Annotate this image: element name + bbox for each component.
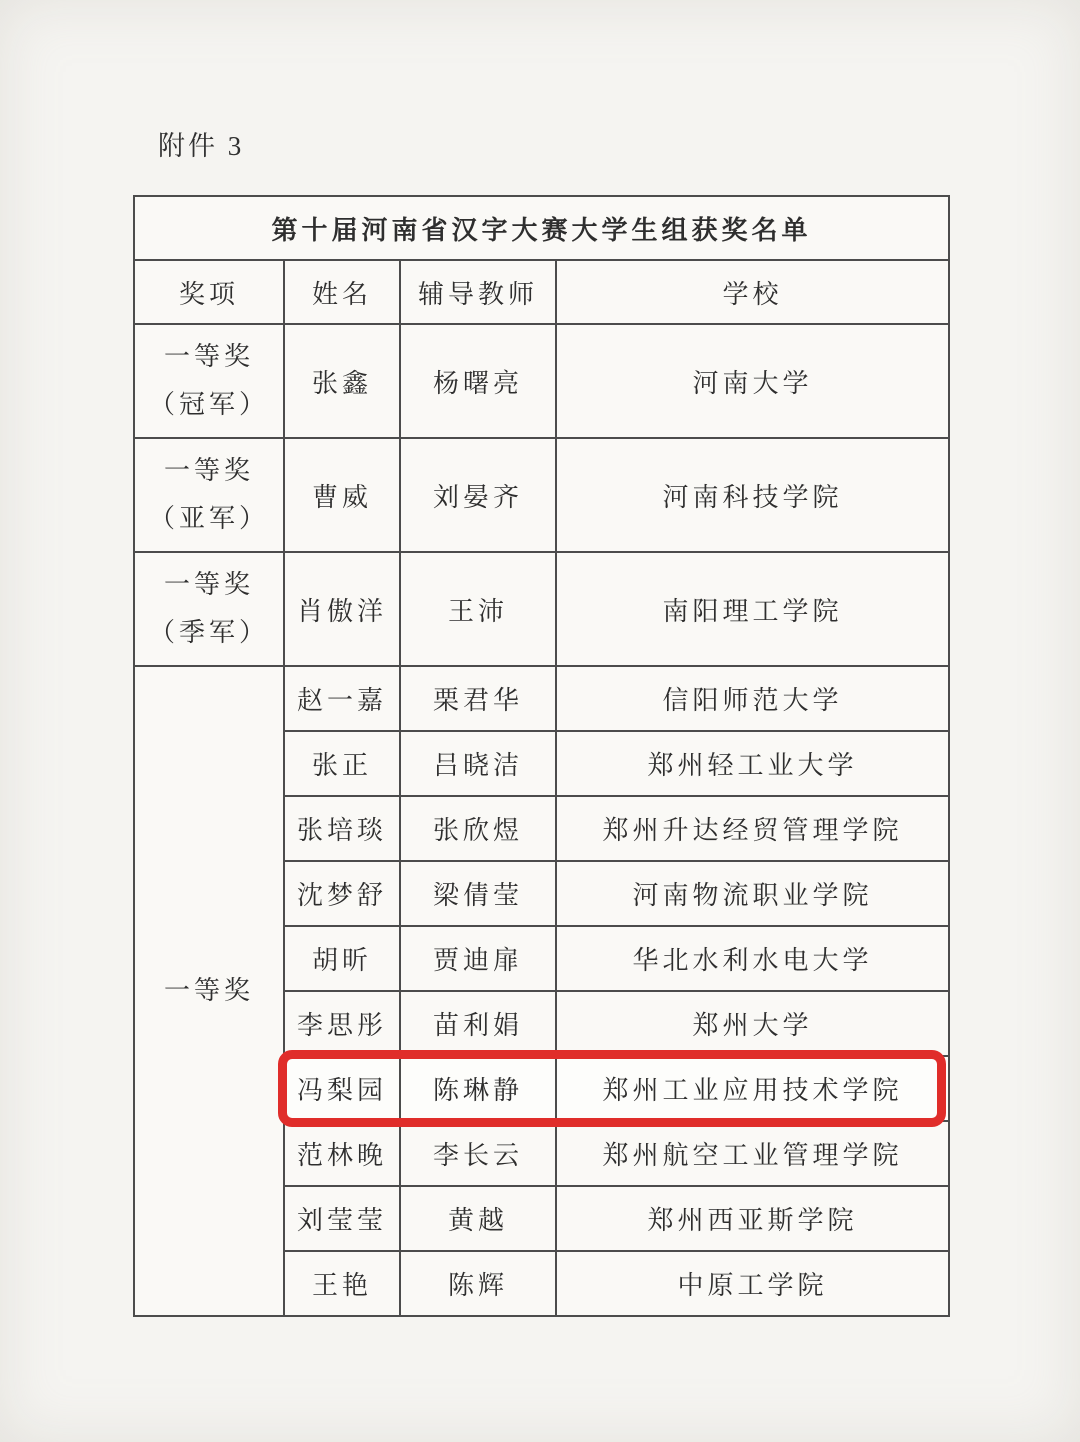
teacher-cell: 黄越 xyxy=(400,1186,556,1251)
table-row: 一等奖 赵一嘉 栗君华 信阳师范大学 xyxy=(134,666,949,731)
name-cell: 曹威 xyxy=(284,438,400,552)
teacher-cell: 张欣煜 xyxy=(400,796,556,861)
name-cell: 李思彤 xyxy=(284,991,400,1056)
name-cell: 张鑫 xyxy=(284,324,400,438)
table-title: 第十届河南省汉字大赛大学生组获奖名单 xyxy=(134,196,949,260)
name-cell: 王艳 xyxy=(284,1251,400,1316)
school-cell: 信阳师范大学 xyxy=(556,666,949,731)
award-cell: 一等奖（季军） xyxy=(134,552,284,666)
school-cell: 河南科技学院 xyxy=(556,438,949,552)
school-cell: 郑州西亚斯学院 xyxy=(556,1186,949,1251)
teacher-cell: 贾迪扉 xyxy=(400,926,556,991)
document-page: 附件 3 第十届河南省汉字大赛大学生组获奖名单 奖项 姓名 辅导教师 学校 一等… xyxy=(0,0,1080,1442)
teacher-cell: 王沛 xyxy=(400,552,556,666)
name-cell: 张正 xyxy=(284,731,400,796)
teacher-cell: 栗君华 xyxy=(400,666,556,731)
name-cell: 沈梦舒 xyxy=(284,861,400,926)
name-cell: 冯梨园 xyxy=(284,1056,400,1121)
merged-award-cell: 一等奖 xyxy=(134,666,284,1316)
award-cell: 一等奖（亚军） xyxy=(134,438,284,552)
school-cell: 河南大学 xyxy=(556,324,949,438)
teacher-cell: 杨曙亮 xyxy=(400,324,556,438)
name-cell: 刘莹莹 xyxy=(284,1186,400,1251)
school-cell: 郑州轻工业大学 xyxy=(556,731,949,796)
teacher-cell: 梁倩莹 xyxy=(400,861,556,926)
title-row: 第十届河南省汉字大赛大学生组获奖名单 xyxy=(134,196,949,260)
award-cell: 一等奖（冠军） xyxy=(134,324,284,438)
school-cell: 华北水利水电大学 xyxy=(556,926,949,991)
name-cell: 张培琰 xyxy=(284,796,400,861)
attachment-label: 附件 3 xyxy=(158,124,244,163)
table-row: 一等奖（季军） 肖傲洋 王沛 南阳理工学院 xyxy=(134,552,949,666)
teacher-cell: 李长云 xyxy=(400,1121,556,1186)
school-cell: 郑州航空工业管理学院 xyxy=(556,1121,949,1186)
name-cell: 肖傲洋 xyxy=(284,552,400,666)
school-cell: 河南物流职业学院 xyxy=(556,861,949,926)
teacher-cell: 刘晏齐 xyxy=(400,438,556,552)
name-cell: 范林晚 xyxy=(284,1121,400,1186)
school-cell: 郑州工业应用技术学院 xyxy=(556,1056,949,1121)
col-header-school: 学校 xyxy=(556,260,949,324)
awards-table: 第十届河南省汉字大赛大学生组获奖名单 奖项 姓名 辅导教师 学校 一等奖（冠军）… xyxy=(133,195,950,1317)
teacher-cell: 吕晓洁 xyxy=(400,731,556,796)
col-header-name: 姓名 xyxy=(284,260,400,324)
col-header-teacher: 辅导教师 xyxy=(400,260,556,324)
name-cell: 胡昕 xyxy=(284,926,400,991)
table-row: 一等奖（亚军） 曹威 刘晏齐 河南科技学院 xyxy=(134,438,949,552)
school-cell: 中原工学院 xyxy=(556,1251,949,1316)
teacher-cell: 苗利娟 xyxy=(400,991,556,1056)
header-row: 奖项 姓名 辅导教师 学校 xyxy=(134,260,949,324)
col-header-award: 奖项 xyxy=(134,260,284,324)
teacher-cell: 陈琳静 xyxy=(400,1056,556,1121)
school-cell: 郑州升达经贸管理学院 xyxy=(556,796,949,861)
name-cell: 赵一嘉 xyxy=(284,666,400,731)
table-row: 一等奖（冠军） 张鑫 杨曙亮 河南大学 xyxy=(134,324,949,438)
school-cell: 南阳理工学院 xyxy=(556,552,949,666)
school-cell: 郑州大学 xyxy=(556,991,949,1056)
teacher-cell: 陈辉 xyxy=(400,1251,556,1316)
